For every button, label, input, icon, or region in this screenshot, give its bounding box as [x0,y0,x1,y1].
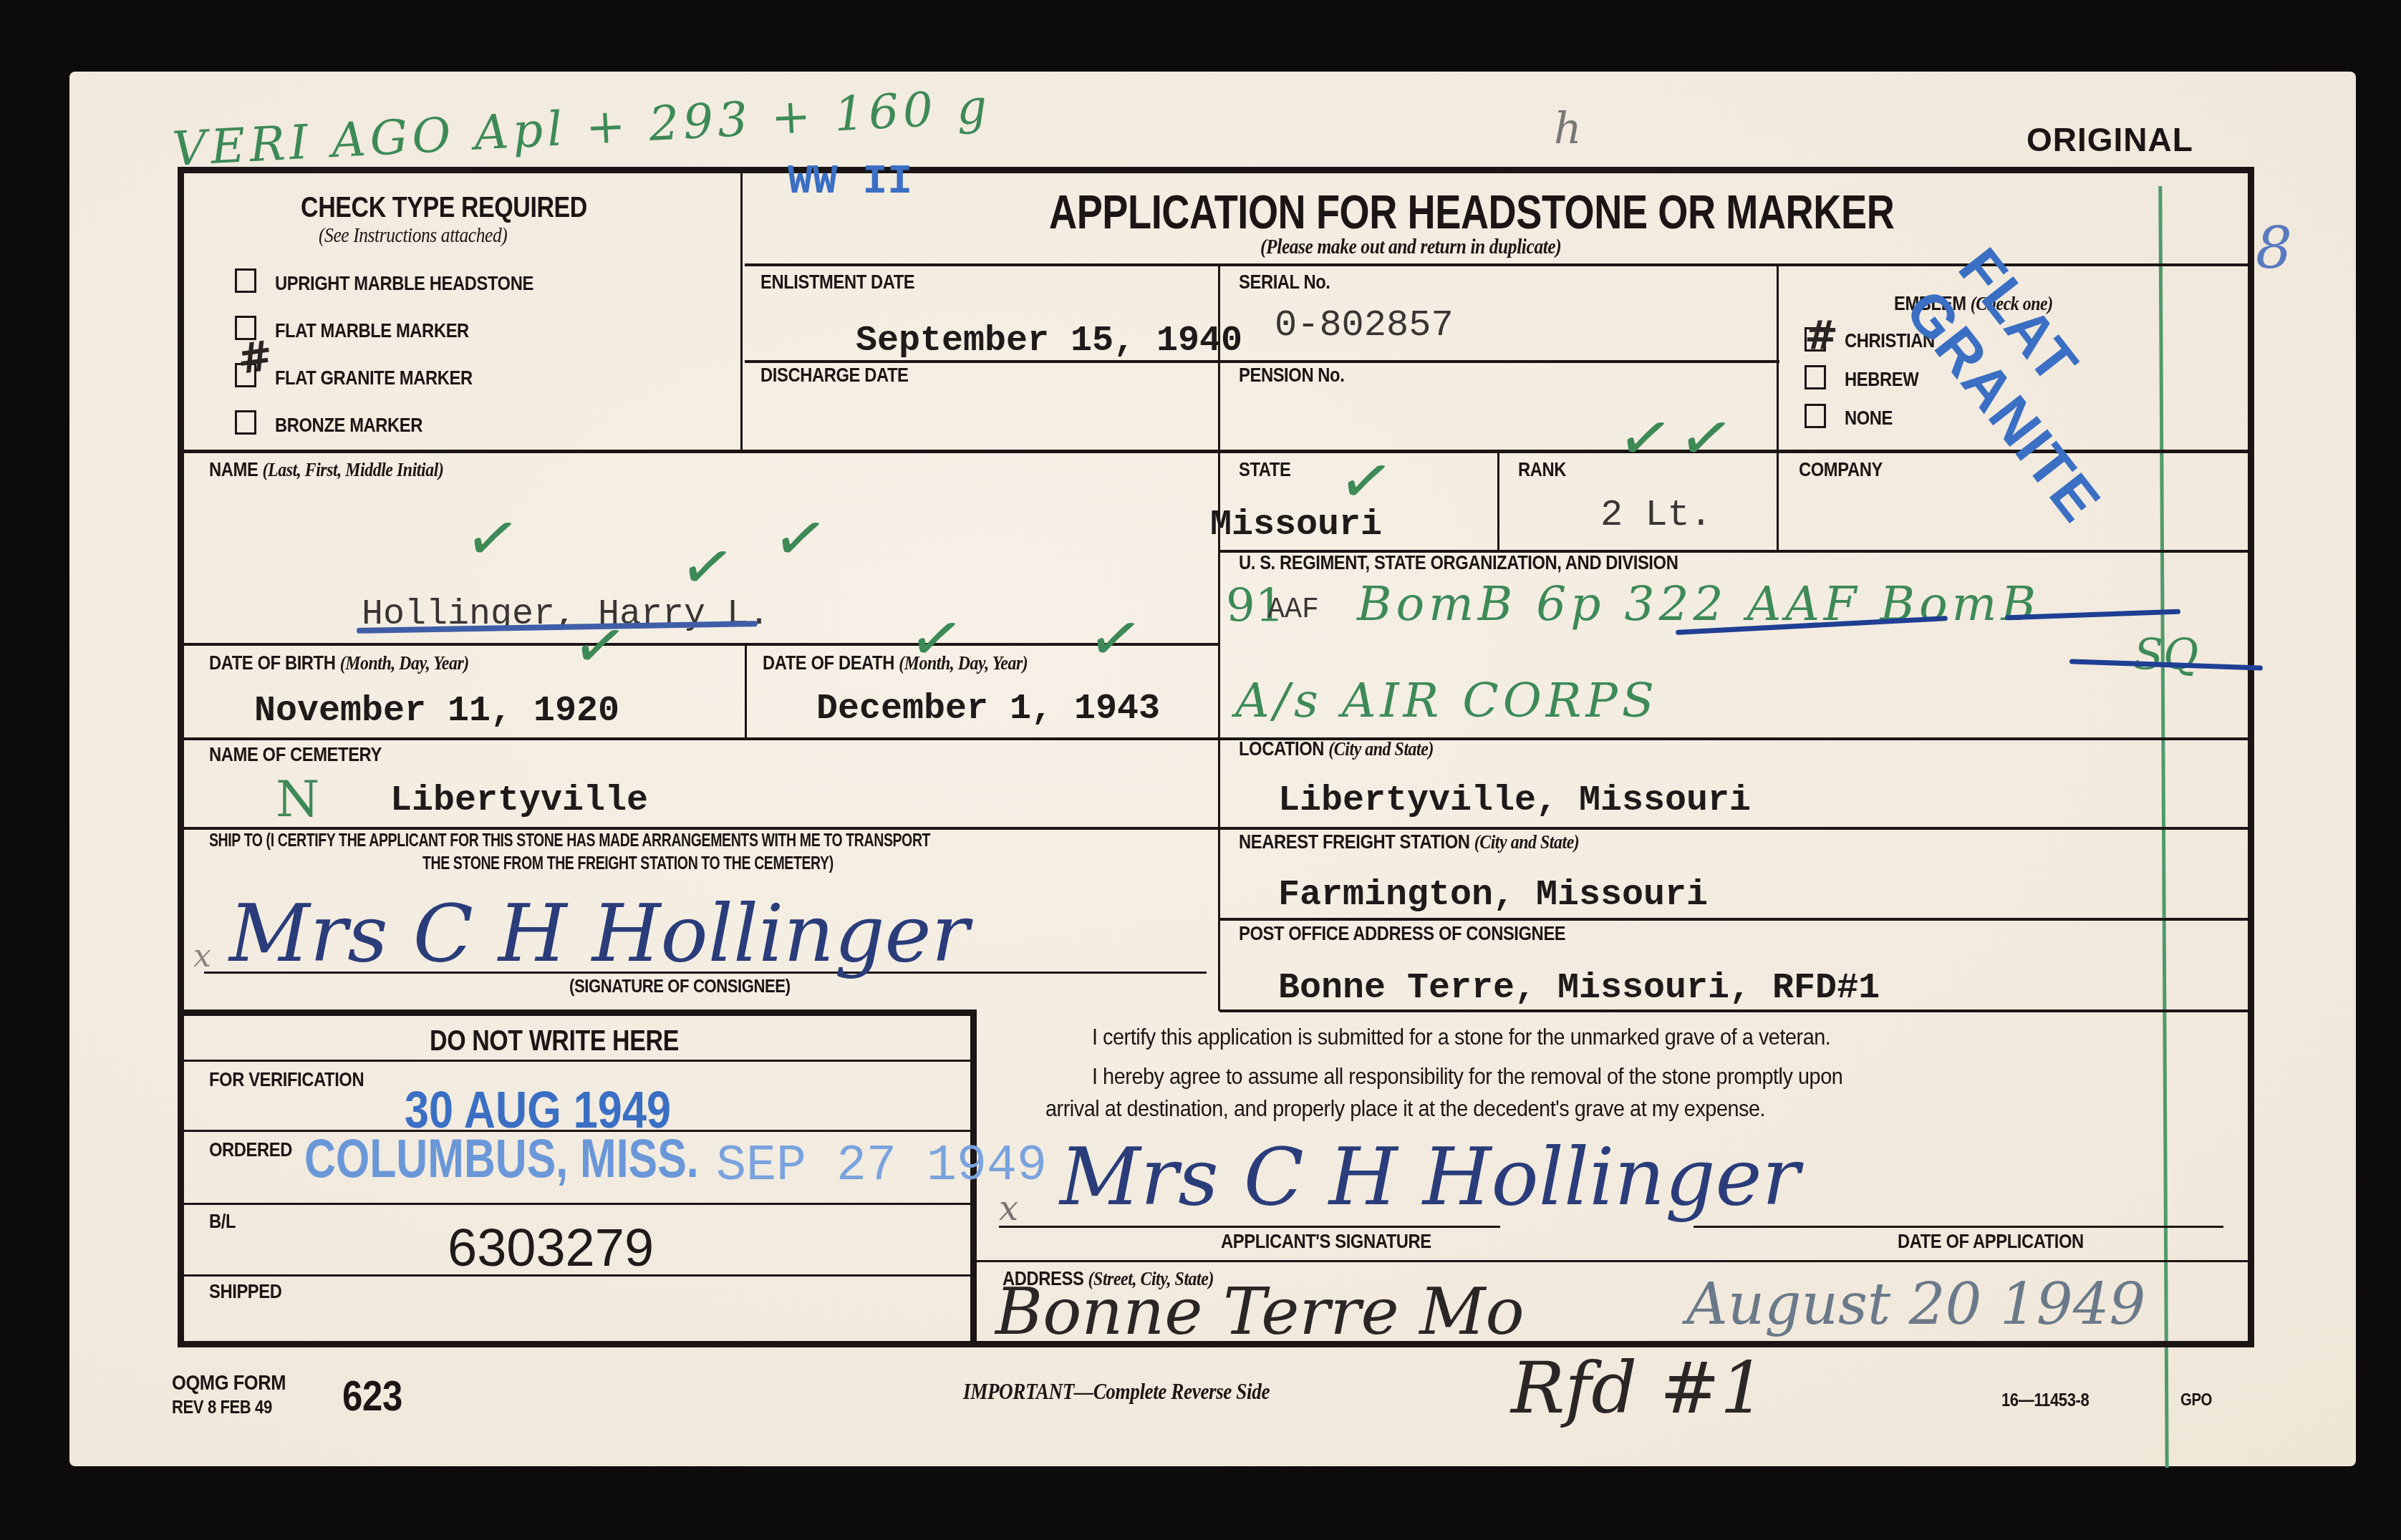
dod-label: DATE OF DEATH (Month, Day, Year) [763,652,1028,675]
divider [1219,918,2251,921]
regiment-sq: SQ [2134,630,2198,680]
divider [1497,453,1499,551]
dob-label: DATE OF BIRTH (Month, Day, Year) [209,652,469,675]
shipped-label: SHIPPED [209,1280,282,1303]
checkbox-hebrew[interactable] [1805,365,1826,389]
divider [999,1226,1500,1228]
applicant-signature: Mrs C H Hollinger [1060,1131,1799,1223]
columbus-stamp-date: SEP 27 1949 [716,1138,1047,1195]
divider [183,827,2252,830]
checkbox-none[interactable] [1805,404,1826,428]
rank-value: 2 Lt. [1600,494,1712,536]
rank-label: RANK [1518,458,1566,481]
enlistment-date-value: September 15, 1940 [856,321,1242,362]
rfd-note: Rfd #1 [1511,1346,1766,1430]
date-of-application-label: DATE OF APPLICATION [1898,1230,2084,1253]
form-subtitle: (Please make out and return in duplicate… [1260,235,1561,259]
original-label: ORIGINAL [2026,120,2193,159]
ship-to-label-2: THE STONE FROM THE FREIGHT STATION TO TH… [422,853,834,874]
dod-value: December 1, 1943 [816,689,1160,730]
serial-no-label: SERIAL No. [1239,271,1330,294]
ordered-label: ORDERED [209,1138,292,1161]
office-use-heading: DO NOT WRITE HERE [430,1025,679,1057]
regiment-handwritten-2: A/s AIR CORPS [1235,673,1658,728]
certify-line-2: I hereby agree to assume all responsibil… [1092,1063,1842,1090]
option-flat-granite: FLAT GRANITE MARKER [275,367,473,389]
form-number: 623 [342,1371,402,1420]
check-mark-icon: # [235,331,276,384]
form-title: APPLICATION FOR HEADSTONE OR MARKER [1049,185,1894,239]
divider [740,172,743,452]
divider [184,1060,970,1062]
check-type-subheading: (See Instructions attached) [319,223,507,248]
pension-no-label: PENSION No. [1239,364,1344,387]
address-value: Bonne Terre Mo [995,1274,1525,1350]
divider [183,737,2252,740]
certify-line-3: arrival at destination, and properly pla… [1045,1095,1765,1122]
option-flat-marble: FLAT MARBLE MARKER [275,319,469,342]
option-bronze: BRONZE MARKER [275,414,422,437]
ww-ii-stamp: WW II [788,159,912,205]
pencil-mark: h [1554,104,1582,154]
x-mark: x [999,1188,1018,1229]
divider [745,644,747,739]
print-code: 16—11453-8 [2001,1389,2089,1411]
ship-to-label-1: SHIP TO (I CERTIFY THE APPLICANT FOR THI… [209,830,930,851]
consignee-signature: Mrs C H Hollinger [229,888,969,979]
consignee-signature-caption: (SIGNATURE OF CONSIGNEE) [569,975,791,997]
divider [1218,265,1220,1011]
emblem-none: NONE [1845,407,1893,430]
divider [1694,1226,2223,1228]
checkbox-bronze[interactable] [235,410,256,435]
po-address-label: POST OFFICE ADDRESS OF CONSIGNEE [1239,922,1565,945]
gpo-label: GPO [2180,1390,2212,1410]
checkbox-upright-marble[interactable] [235,268,256,293]
margin-number-8: 8 [2256,215,2292,281]
option-upright-marble: UPRIGHT MARBLE HEADSTONE [275,272,533,295]
cemetery-label: NAME OF CEMETERY [209,743,382,766]
location-label: LOCATION (City and State) [1239,737,1434,761]
regiment-aaf: AAF [1267,594,1319,626]
name-label: NAME (Last, First, Middle Initial) [209,458,443,482]
regiment-label: U. S. REGIMENT, STATE ORGANIZATION, AND … [1239,551,1678,574]
for-verification-label: FOR VERIFICATION [209,1068,364,1091]
bl-number: 6303279 [448,1217,654,1278]
enlistment-date-label: ENLISTMENT DATE [760,271,914,294]
state-label: STATE [1239,458,1290,481]
freight-station-label: NEAREST FREIGHT STATION (City and State) [1239,830,1579,854]
po-address-value: Bonne Terre, Missouri, RFD#1 [1278,968,1880,1009]
certify-line-1: I certify this application is submitted … [1092,1024,1830,1050]
date-of-application-value: August 20 1949 [1686,1271,2145,1337]
columbus-stamp: COLUMBUS, MISS. [304,1128,699,1190]
serial-no-value: 0-802857 [1275,304,1454,347]
cemetery-mark: N [276,770,319,828]
cemetery-value: Libertyville [390,780,648,821]
form-id-line-1: OQMG FORM [172,1371,286,1395]
form-id-line-2: REV 8 FEB 49 [172,1396,272,1418]
company-label: COMPANY [1799,458,1883,481]
check-type-heading: CHECK TYPE REQUIRED [301,192,587,224]
check-mark-icon: # [1805,312,1838,359]
applicant-signature-label: APPLICANT'S SIGNATURE [1221,1230,1431,1253]
x-mark: x [193,938,211,974]
dob-value: November 11, 1920 [254,691,619,732]
important-note: IMPORTANT—Complete Reverse Side [963,1378,1270,1405]
divider [184,1203,970,1205]
divider [977,1260,2251,1262]
bl-label: B/L [209,1210,236,1233]
divider [745,263,2248,266]
freight-station-value: Farmington, Missouri [1278,875,1708,916]
discharge-date-label: DISCHARGE DATE [760,364,908,387]
divider [1777,265,1779,551]
divider [1219,1009,2251,1012]
divider [183,450,2252,453]
regiment-handwritten-1: BomB 6p 322 AAF BomB [1357,576,2040,631]
emblem-hebrew: HEBREW [1845,368,1918,391]
location-value: Libertyville, Missouri [1278,780,1751,821]
divider [183,643,1219,646]
